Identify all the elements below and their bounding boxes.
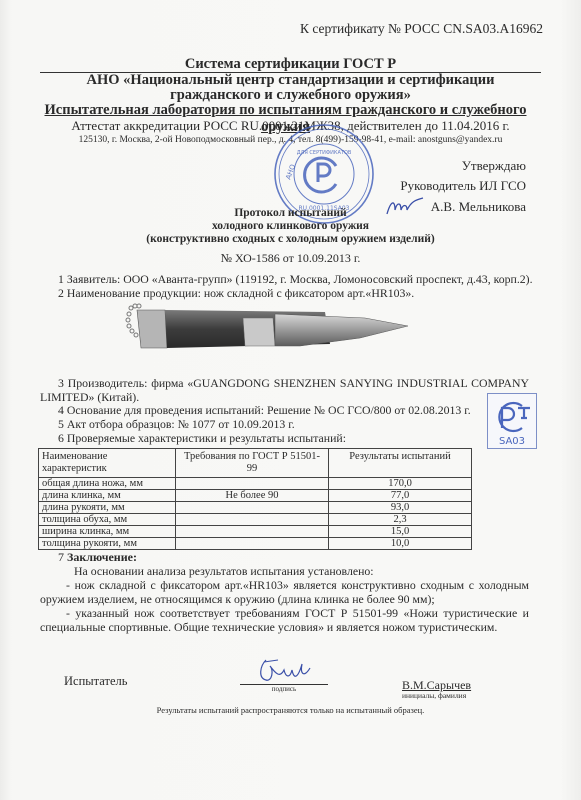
signature-caption: подпись [240,685,328,693]
header-result: Результаты испытаний [329,449,472,478]
cell-result: 93,0 [329,502,472,514]
cell-result: 15,0 [329,526,472,538]
protocol-number: № ХО-1586 от 10.09.2013 г. [40,251,541,266]
table-row: длина клинка, мм Не более 90 77,0 [39,490,472,502]
cell-requirement [176,514,329,526]
cell-result: 10,0 [329,538,472,550]
header-characteristic: Наименование характеристик [39,449,176,478]
cell-result: 77,0 [329,490,472,502]
table-row: длина рукояти, мм 93,0 [39,502,472,514]
conclusion-intro: На основании анализа результатов испытан… [40,564,529,578]
organization-name: АНО «Национальный центр стандартизации и… [40,73,541,103]
item-sampling: 5 Акт отбора образцов: № 1077 от 10.09.2… [58,417,295,431]
cell-characteristic: толщина обуха, мм [39,514,176,526]
document-page: К сертификату № РОСС CN.SA03.A16962 Сист… [0,0,581,800]
cell-requirement [176,526,329,538]
table-row: общая длина ножа, мм 170,0 [39,478,472,490]
table-header-row: Наименование характеристик Требования по… [39,449,472,478]
protocol-line2: холодного клинкового оружия [40,220,541,233]
conclusion-body: На основании анализа результатов испытан… [40,564,529,634]
cell-requirement [176,502,329,514]
protocol-title: Протокол испытаний холодного клинкового … [40,207,541,246]
certificate-reference: К сертификату № РОСС CN.SA03.A16962 [0,21,543,37]
svg-text:SA03: SA03 [499,436,525,447]
cell-result: 2,3 [329,514,472,526]
rst-logo-icon: SA03 [488,394,536,448]
header-requirement: Требования по ГОСТ Р 51501-99 [176,449,329,478]
approval-position: Руководитель ИЛ ГСО [385,176,526,196]
cell-requirement [176,478,329,490]
cell-characteristic: длина рукояти, мм [39,502,176,514]
table-row: толщина обуха, мм 2,3 [39,514,472,526]
conclusion-title: Заключение: [67,550,137,564]
protocol-line1: Протокол испытаний [40,207,541,220]
conclusion-heading: 7 Заключение: [58,550,137,565]
svg-text:АНО: АНО [284,163,297,181]
conclusion-number: 7 [58,550,64,564]
tester-name-caption: инициалы, фамилия [402,691,466,700]
cell-requirement: Не более 90 [176,490,329,502]
table-row: ширина клинка, мм 15,0 [39,526,472,538]
svg-text:ДЛЯ СЕРТИФИКАТОВ: ДЛЯ СЕРТИФИКАТОВ [297,150,352,156]
item-checked: 6 Проверяемые характеристики и результат… [58,431,346,445]
certification-mark: SA03 [487,393,537,449]
tester-signature-icon [256,656,312,686]
conclusion-point-2: - указанный нож соответствует требования… [40,606,529,634]
footnote: Результаты испытаний распространяются то… [0,705,581,715]
cell-result: 170,0 [329,478,472,490]
knife-image [125,300,435,362]
conclusion-point-1: - нож складной с фиксатором арт.«HR103» … [40,578,529,606]
item-basis: 4 Основание для проведения испытаний: Ре… [58,403,471,417]
approval-label: Утверждаю [385,156,526,176]
table-row: толщина рукояти, мм 10,0 [39,538,472,550]
item-product: 2 Наименование продукции: нож складной с… [58,286,414,300]
system-title: Система сертификации ГОСТ Р [40,56,541,73]
item-applicant: 1 Заявитель: ООО «Аванта-групп» (119192,… [58,272,533,286]
cell-characteristic: общая длина ножа, мм [39,478,176,490]
cell-requirement [176,538,329,550]
results-table: Наименование характеристик Требования по… [38,448,472,550]
item-manufacturer: 3 Производитель: фирма «GUANGDONG SHENZH… [40,376,529,404]
protocol-line3: (конструктивно сходных с холодным оружие… [40,233,541,246]
cell-characteristic: толщина рукояти, мм [39,538,176,550]
cell-characteristic: ширина клинка, мм [39,526,176,538]
tester-signature-area: подпись [240,664,328,693]
cell-characteristic: длина клинка, мм [39,490,176,502]
tester-label: Испытатель [64,674,127,689]
